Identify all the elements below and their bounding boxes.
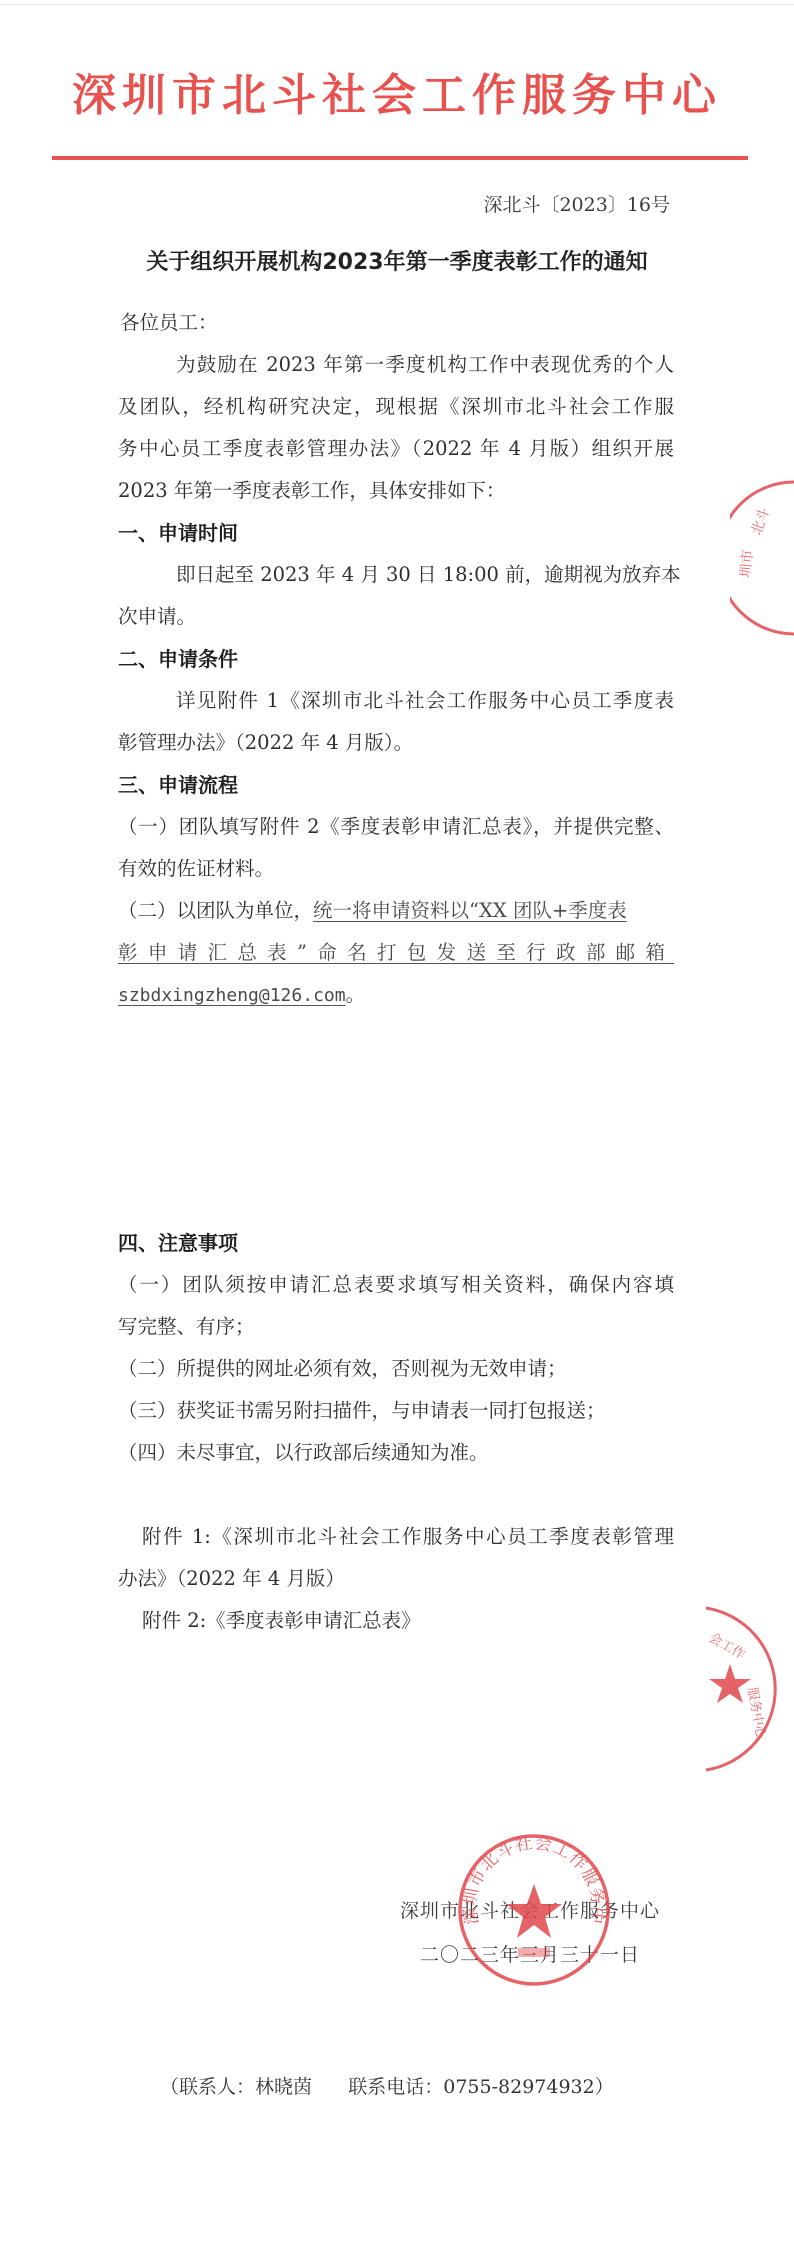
email-suffix: 。: [346, 983, 366, 1006]
notes-item-line: （一）团队须按申请汇总表要求填写相关资料，确保内容填: [118, 1264, 674, 1306]
section-heading-process: 三、申请流程: [118, 764, 674, 806]
contact-info: （联系人：林晓茵 联系电话：0755-82974932）: [160, 2074, 614, 2100]
org-letterhead: 深圳市北斗社会工作服务中心: [0, 68, 794, 124]
section-heading-time: 一、申请时间: [118, 512, 674, 554]
scan-edge-line: [0, 4, 794, 5]
document-title: 关于组织开展机构2023年第一季度表彰工作的通知: [0, 248, 794, 278]
notes-item-line: （四）未尽事宜，以行政部后续通知为准。: [118, 1432, 674, 1474]
intro-line: 及团队，经机构研究决定，现根据《深圳市北斗社会工作服: [118, 386, 674, 428]
document-number: 深北斗〔2023〕16号: [483, 192, 670, 218]
notes-item-line: 写完整、有序；: [118, 1306, 674, 1348]
seam-seal-upper-icon: 北斗 圳市: [730, 478, 794, 638]
process-underlined-text: 彰申请汇总表”命名打包发送至行政部邮箱: [118, 932, 674, 974]
notice-body-upper: 各位员工： 为鼓励在 2023 年第一季度机构工作中表现优秀的个人 及团队，经机…: [118, 302, 674, 1016]
letterhead-red-rule: [52, 156, 748, 160]
attachment-1-line: 附件 1:《深圳市北斗社会工作服务中心员工季度表彰管理: [118, 1516, 674, 1558]
attachment-1-line: 办法》（2022 年 4 月版）: [118, 1558, 674, 1600]
signature-org: 深圳市北斗社会工作服务中心: [380, 1898, 680, 1924]
intro-line: 2023 年第一季度表彰工作，具体安排如下：: [118, 470, 674, 512]
notes-item-line: （二）所提供的网址必须有效，否则视为无效申请；: [118, 1348, 674, 1390]
process-item-2: （二）以团队为单位，统一将申请资料以“XX 团队+季度表: [118, 890, 674, 932]
signature-date: 二〇二三年三月三十一日: [380, 1942, 680, 1968]
process-item-line: （一）团队填写附件 2《季度表彰申请汇总表》，并提供完整、: [118, 806, 674, 848]
seam-seal-lower-icon: 会工作 服务中心: [704, 1604, 794, 1774]
svg-text:服务中心: 服务中心: [744, 1686, 769, 1741]
attachment-2-line: 附件 2:《季度表彰申请汇总表》: [118, 1600, 674, 1642]
section-line: 详见附件 1《深圳市北斗社会工作服务中心员工季度表: [118, 680, 674, 722]
svg-text:北斗: 北斗: [748, 505, 774, 537]
salutation: 各位员工：: [118, 302, 674, 344]
spacer: [118, 1474, 674, 1516]
notice-body-lower: 四、注意事项 （一）团队须按申请汇总表要求填写相关资料，确保内容填 写完整、有序…: [118, 1222, 674, 1642]
section-heading-conditions: 二、申请条件: [118, 638, 674, 680]
section-heading-notes: 四、注意事项: [118, 1222, 674, 1264]
process-email-line: szbdxingzheng@126.com。: [118, 974, 674, 1016]
section-line: 彰管理办法》（2022 年 4 月版）。: [118, 722, 674, 764]
process-item-prefix: （二）以团队为单位，: [118, 899, 313, 922]
section-line: 即日起至 2023 年 4 月 30 日 18:00 前，逾期视为放弃本: [118, 554, 674, 596]
svg-text:会工作: 会工作: [706, 1630, 747, 1662]
email-link[interactable]: szbdxingzheng@126.com: [118, 985, 346, 1006]
document-page: 深圳市北斗社会工作服务中心 深北斗〔2023〕16号 关于组织开展机构2023年…: [0, 0, 794, 2246]
notes-item-line: （三）获奖证书需另附扫描件，与申请表一同打包报送；: [118, 1390, 674, 1432]
process-item-line: 有效的佐证材料。: [118, 848, 674, 890]
section-line: 次申请。: [118, 596, 674, 638]
intro-line: 为鼓励在 2023 年第一季度机构工作中表现优秀的个人: [118, 344, 674, 386]
intro-line: 务中心员工季度表彰管理办法》（2022 年 4 月版）组织开展: [118, 428, 674, 470]
process-underlined-text: 统一将申请资料以“XX 团队+季度表: [313, 899, 627, 922]
svg-text:圳市: 圳市: [738, 549, 756, 578]
